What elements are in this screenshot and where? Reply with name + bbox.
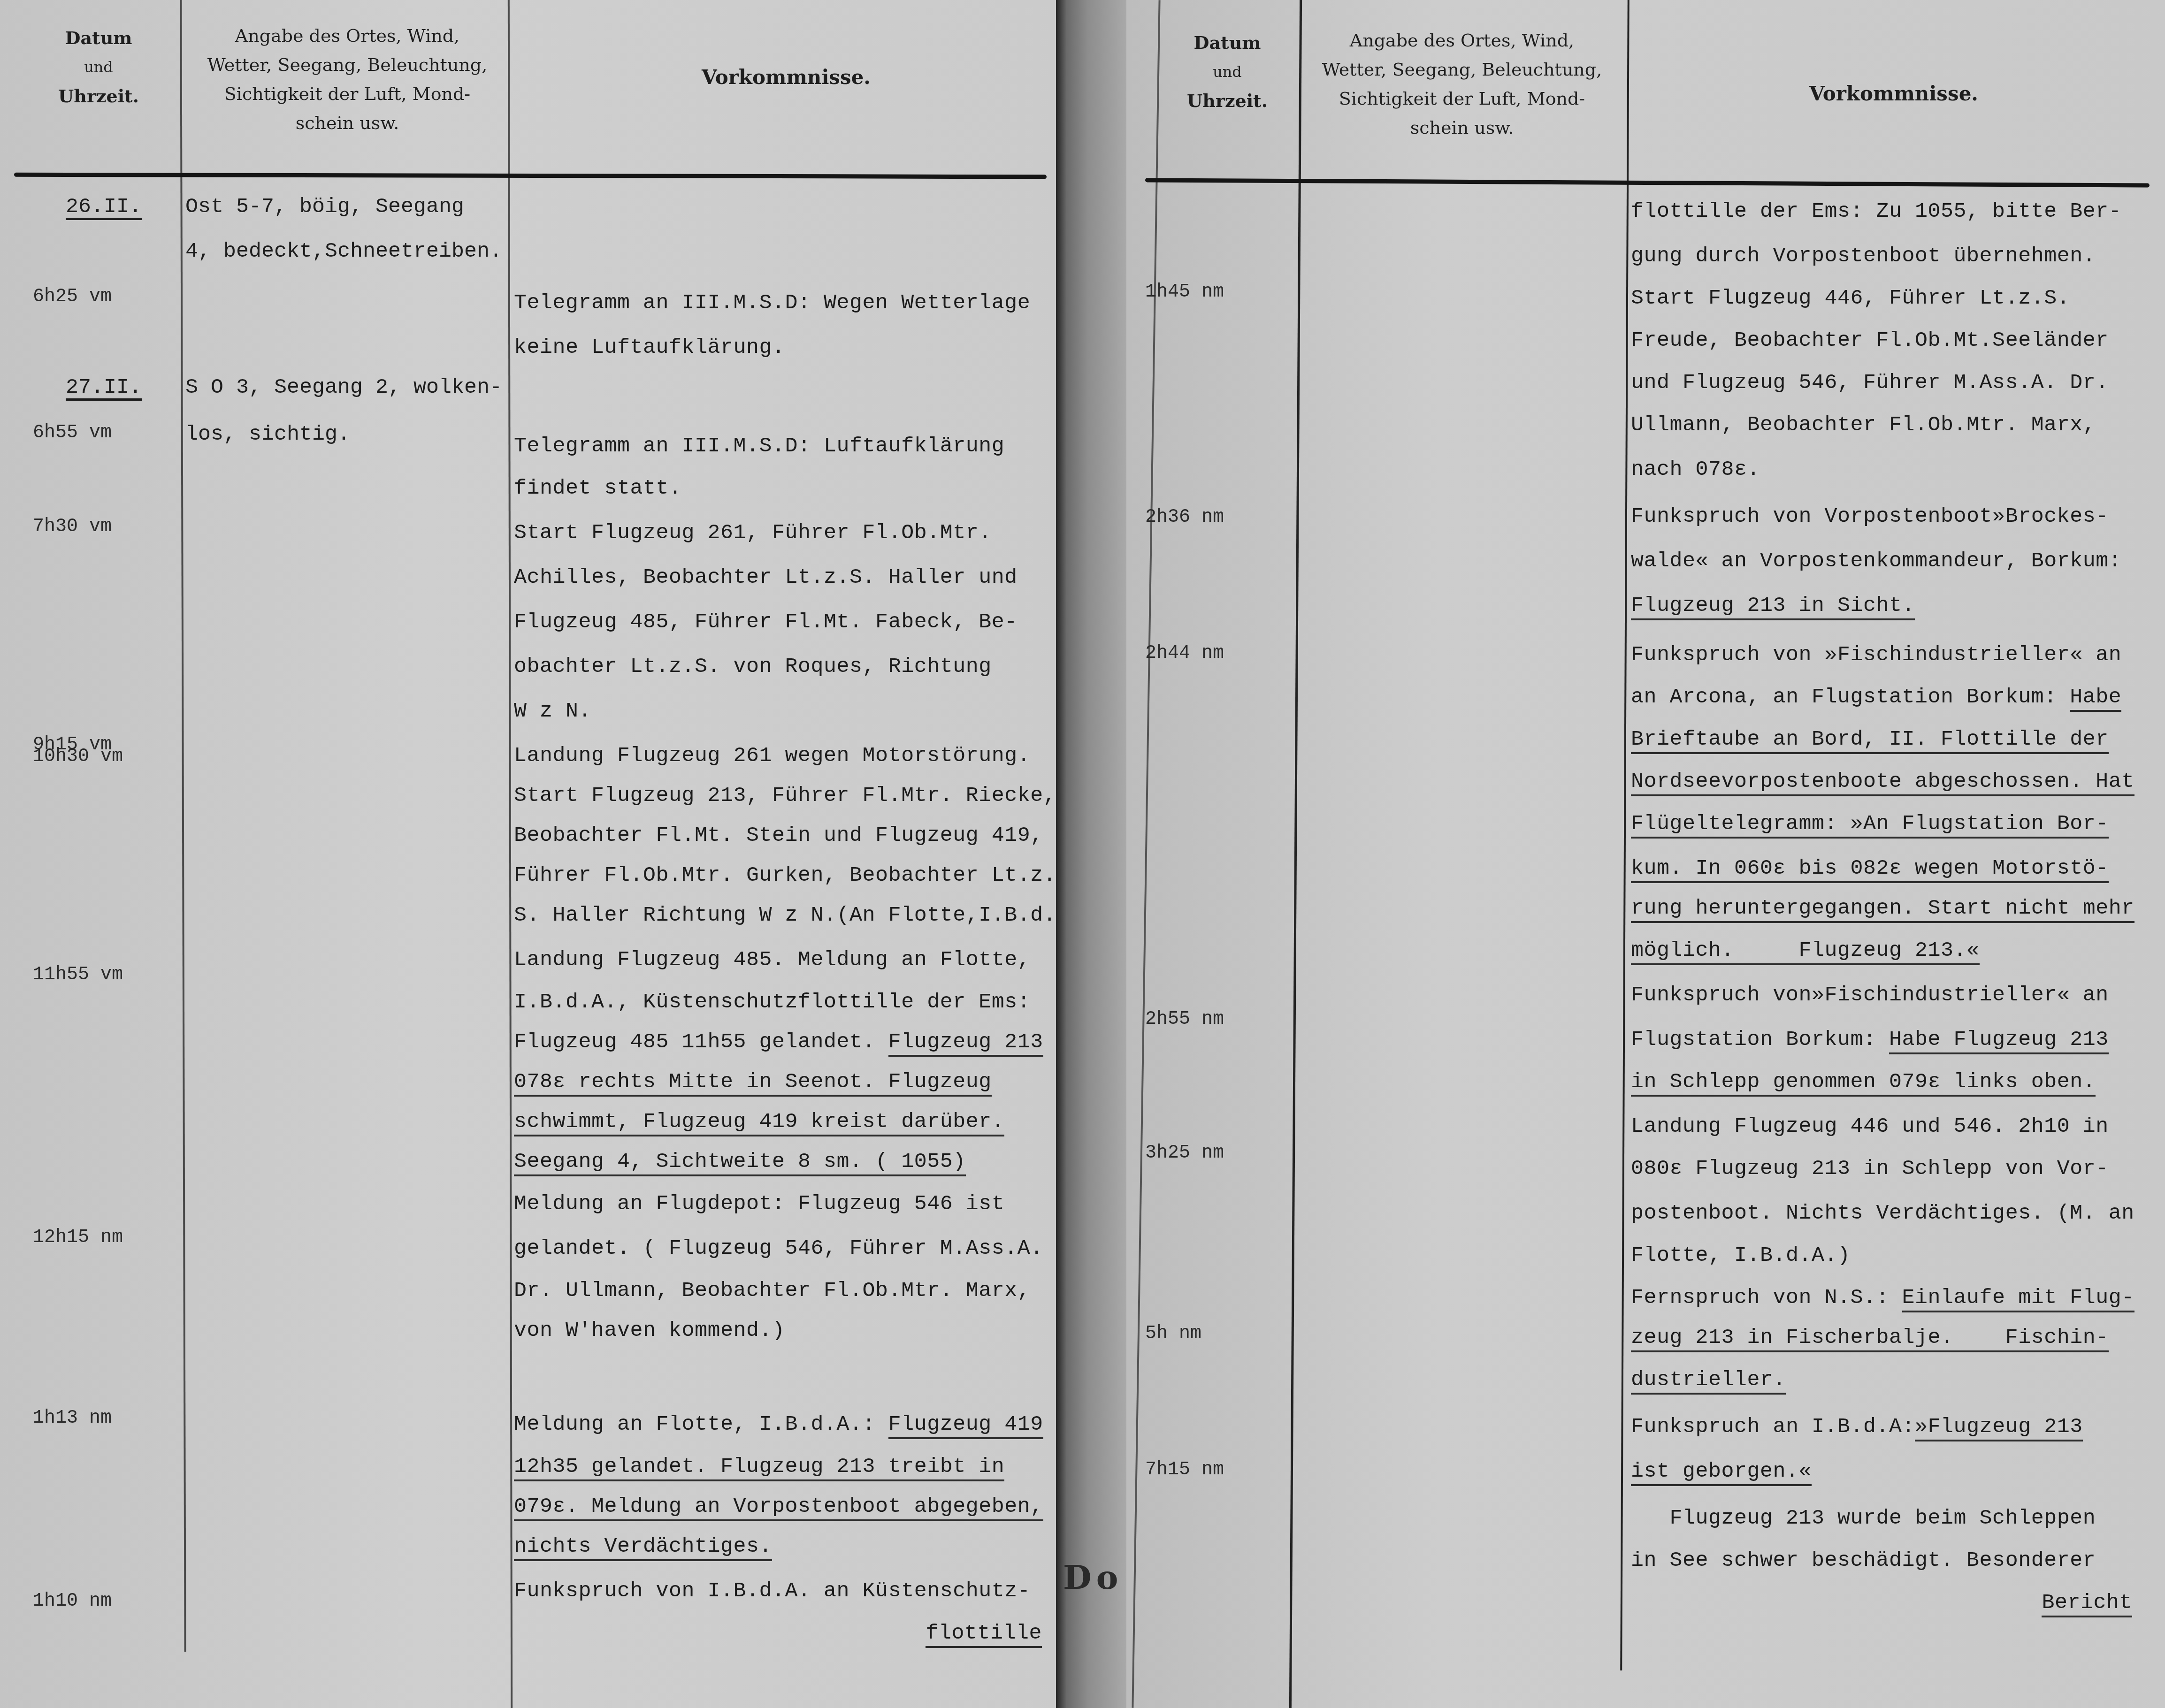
event-line: obachter Lt.z.S. von Roques, Richtung <box>514 655 992 679</box>
event-line: Flugstation Borkum: Habe Flugzeug 213 <box>1631 1028 2109 1052</box>
right-header-location: Angabe des Ortes, Wind, Wetter, Seegang,… <box>1300 26 1624 142</box>
date-label: 27.II. <box>66 375 142 399</box>
event-line: Meldung an Flugdepot: Flugzeug 546 ist <box>514 1192 1004 1216</box>
header-uhrzeit: Uhrzeit. <box>1164 86 1291 115</box>
header-und: und <box>1164 57 1291 86</box>
header-line: schein usw. <box>1300 113 1624 142</box>
event-line: Dr. Ullmann, Beobachter Fl.Ob.Mtr. Marx, <box>514 1279 1030 1303</box>
weather-line: S O 3, Seegang 2, wolken- <box>185 375 502 399</box>
book-binding <box>1056 0 1126 1708</box>
header-uhrzeit: Uhrzeit. <box>28 82 169 111</box>
event-line: Fernspruch von N.S.: Einlaufe mit Flug- <box>1631 1286 2134 1310</box>
event-line: Achilles, Beobachter Lt.z.S. Haller und <box>514 565 1017 589</box>
event-line: gung durch Vorpostenboot übernehmen. <box>1631 244 2096 268</box>
event-line: Telegramm an III.M.S.D: Wegen Wetterlage <box>514 291 1030 315</box>
event-line: Brieftaube an Bord, II. Flottille der <box>1631 727 2109 751</box>
event-line: Landung Flugzeug 261 wegen Motorstörung. <box>514 744 1030 768</box>
header-line: Sichtigkeit der Luft, Mond- <box>1300 84 1624 113</box>
event-line: Seegang 4, Sichtweite 8 sm. ( 1055) <box>514 1150 966 1174</box>
event-line: von W'haven kommend.) <box>514 1319 785 1342</box>
event-line: I.B.d.A., Küstenschutzflottille der Ems: <box>514 990 1030 1014</box>
left-col-rule-2 <box>508 0 513 1708</box>
event-line: in See schwer beschädigt. Besonderer <box>1631 1548 2096 1572</box>
event-line: Start Flugzeug 261, Führer Fl.Ob.Mtr. <box>514 521 992 545</box>
time-label: 1h10 nm <box>33 1591 112 1612</box>
event-line: Landung Flugzeug 446 und 546. 2h10 in <box>1631 1114 2109 1138</box>
time-label: 2h44 nm <box>1145 643 1224 664</box>
left-header-date: Datum und Uhrzeit. <box>28 23 169 111</box>
event-line: Flotte, I.B.d.A.) <box>1631 1243 1851 1267</box>
header-line: Sichtigkeit der Luft, Mond- <box>188 79 507 108</box>
event-line: zeug 213 in Fischerbalje. Fischin- <box>1631 1326 2109 1350</box>
time-label: 12h15 nm <box>33 1227 123 1248</box>
right-header-date: Datum und Uhrzeit. <box>1164 28 1291 115</box>
event-line: 080ε Flugzeug 213 in Schlepp von Vor- <box>1631 1157 2109 1181</box>
header-und: und <box>28 53 169 82</box>
event-line: möglich. Flugzeug 213.« <box>1631 938 1980 962</box>
event-line: Flugzeug 485, Führer Fl.Mt. Fabeck, Be- <box>514 610 1017 634</box>
date-label: 26.II. <box>66 195 142 219</box>
header-line: schein usw. <box>188 108 507 137</box>
time-label: 7h30 vm <box>33 516 112 537</box>
weather-line: Ost 5-7, böig, Seegang <box>185 195 464 219</box>
time-label: 10h30 vm <box>33 746 123 767</box>
right-col-rule-1 <box>1289 0 1302 1708</box>
event-line: 12h35 gelandet. Flugzeug 213 treibt in <box>514 1455 1004 1479</box>
event-line: Landung Flugzeug 485. Meldung an Flotte, <box>514 948 1030 972</box>
time-label: 3h25 nm <box>1145 1143 1224 1164</box>
event-line: in Schlepp genommen 079ε links oben. <box>1631 1070 2096 1094</box>
left-header-location: Angabe des Ortes, Wind, Wetter, Seegang,… <box>188 21 507 137</box>
event-line: W z N. <box>514 699 591 723</box>
event-line: Beobachter Fl.Mt. Stein und Flugzeug 419… <box>514 823 1043 847</box>
event-line: nichts Verdächtiges. <box>514 1534 772 1558</box>
time-label: 1h45 nm <box>1145 282 1224 303</box>
event-line: gelandet. ( Flugzeug 546, Führer M.Ass.A… <box>514 1236 1043 1260</box>
event-line: Funkspruch von »Fischindustrieller« an <box>1631 643 2121 667</box>
event-line: Telegramm an III.M.S.D: Luftaufklärung <box>514 434 1004 458</box>
event-line: Ullmann, Beobachter Fl.Ob.Mtr. Marx, <box>1631 413 2096 437</box>
right-col-rule-0 <box>1132 0 1160 1708</box>
event-line: an Arcona, an Flugstation Borkum: Habe <box>1631 685 2121 709</box>
weather-line: los, sichtig. <box>185 422 350 446</box>
weather-line: 4, bedeckt,Schneetreiben. <box>185 239 502 263</box>
header-line: Angabe des Ortes, Wind, <box>1300 26 1624 55</box>
left-header-rule <box>14 173 1047 179</box>
event-line: schwimmt, Flugzeug 419 kreist darüber. <box>514 1110 1004 1134</box>
time-label: 6h25 vm <box>33 286 112 307</box>
time-label: 2h36 nm <box>1145 507 1224 528</box>
time-label: 6h55 vm <box>33 422 112 443</box>
left-page: Datum und Uhrzeit. Angabe des Ortes, Win… <box>0 0 1056 1708</box>
event-line: Start Flugzeug 446, Führer Lt.z.S. <box>1631 286 2070 310</box>
header-line: Wetter, Seegang, Beleuchtung, <box>188 50 507 79</box>
binding-mark: Do <box>1063 1558 1123 1597</box>
header-datum: Datum <box>1164 28 1291 57</box>
event-line: Führer Fl.Ob.Mtr. Gurken, Beobachter Lt.… <box>514 863 1056 887</box>
event-line: findet statt. <box>514 476 682 500</box>
event-line: Funkspruch von Vorpostenboot»Brockes- <box>1631 504 2109 528</box>
event-line: keine Luftaufklärung. <box>514 335 785 359</box>
event-line: S. Haller Richtung W z N.(An Flotte,I.B.… <box>514 903 1082 927</box>
right-page: Datum und Uhrzeit. Angabe des Ortes, Win… <box>1126 0 2165 1708</box>
event-line: 079ε. Meldung an Vorpostenboot abgegeben… <box>514 1494 1043 1518</box>
event-line: und Flugzeug 546, Führer M.Ass.A. Dr. <box>1631 371 2109 395</box>
right-header-rule <box>1145 178 2150 187</box>
header-datum: Datum <box>28 23 169 53</box>
event-line: Nordseevorpostenboote abgeschossen. Hat <box>1631 770 2134 793</box>
event-line: flottille der Ems: Zu 1055, bitte Ber- <box>1631 199 2121 223</box>
left-header-events: Vorkommnisse. <box>516 66 1056 89</box>
event-line: ist geborgen.« <box>1631 1459 1812 1483</box>
time-label: 1h13 nm <box>33 1408 112 1429</box>
header-line: Angabe des Ortes, Wind, <box>188 21 507 50</box>
event-line: 078ε rechts Mitte in Seenot. Flugzeug <box>514 1070 992 1094</box>
event-line: Flügeltelegramm: »An Flugstation Bor- <box>1631 812 2109 836</box>
event-line: Freude, Beobachter Fl.Ob.Mt.Seeländer <box>1631 328 2109 352</box>
event-line: postenboot. Nichts Verdächtiges. (M. an <box>1631 1201 2134 1225</box>
time-label: 11h55 vm <box>33 964 123 985</box>
header-line: Wetter, Seegang, Beleuchtung, <box>1300 55 1624 84</box>
time-label: 5h nm <box>1145 1323 1201 1344</box>
event-line: Funkspruch von I.B.d.A. an Küstenschutz- <box>514 1579 1030 1603</box>
event-line: Start Flugzeug 213, Führer Fl.Mtr. Rieck… <box>514 784 1056 808</box>
event-line: Flugzeug 213 in Sicht. <box>1631 594 1915 618</box>
time-label: 7h15 nm <box>1145 1459 1224 1480</box>
event-line: flottille <box>926 1621 1042 1645</box>
event-line: walde« an Vorpostenkommandeur, Borkum: <box>1631 549 2121 573</box>
event-line: Meldung an Flotte, I.B.d.A.: Flugzeug 41… <box>514 1412 1043 1436</box>
event-line: Flugzeug 213 wurde beim Schleppen <box>1631 1506 2096 1530</box>
event-line: Funkspruch an I.B.d.A:»Flugzeug 213 <box>1631 1415 2083 1439</box>
event-line: nach 078ε. <box>1631 457 1760 481</box>
event-line: Funkspruch von»Fischindustrieller« an <box>1631 983 2109 1007</box>
event-line: Flugzeug 485 11h55 gelandet. Flugzeug 21… <box>514 1030 1043 1054</box>
event-line: dustrieller. <box>1631 1368 1786 1392</box>
right-col-rule-2 <box>1620 0 1629 1670</box>
event-line: kum. In 060ε bis 082ε wegen Motorstö- <box>1631 856 2109 880</box>
time-label: 2h55 nm <box>1145 1009 1224 1030</box>
event-line: rung heruntergegangen. Start nicht mehr <box>1631 896 2134 920</box>
event-line: Bericht <box>2042 1591 2132 1615</box>
right-header-events: Vorkommnisse. <box>1629 82 2159 105</box>
